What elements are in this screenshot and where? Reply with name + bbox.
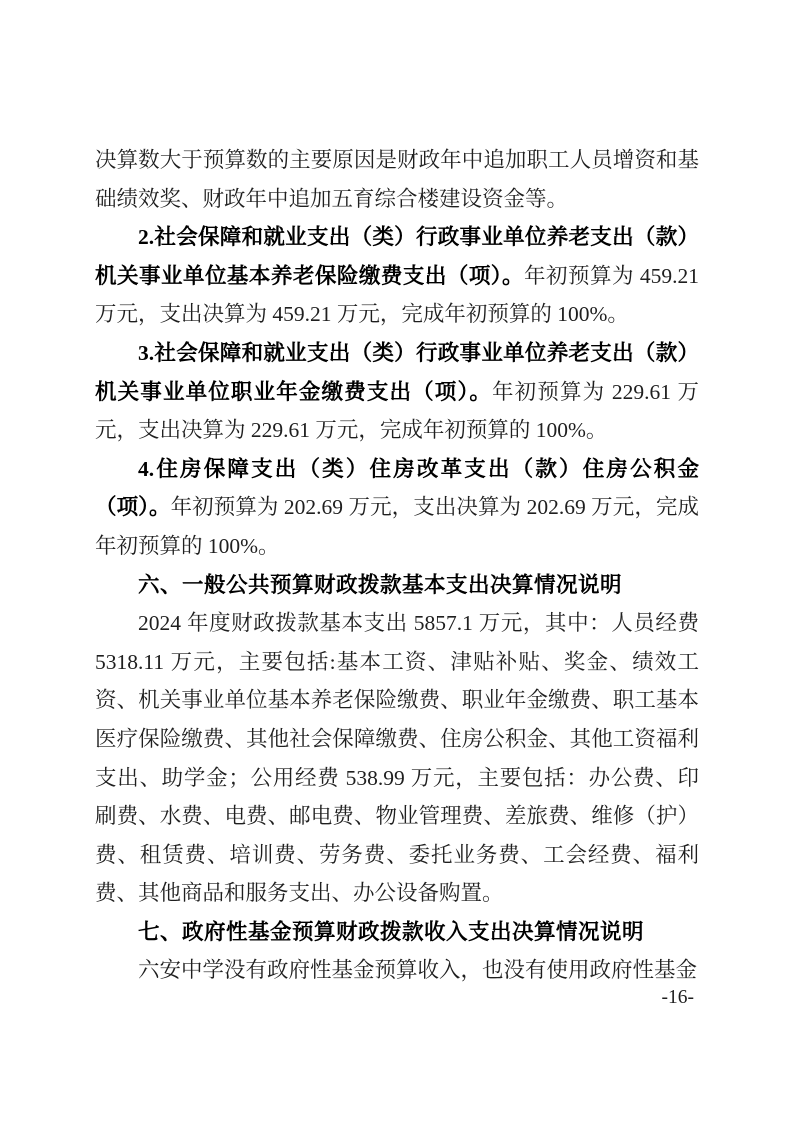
section-heading-6: 六、一般公共预算财政拨款基本支出决算情况说明 <box>95 566 699 605</box>
heading-text: 七、政府性基金预算财政拨款收入支出决算情况说明 <box>138 920 644 944</box>
page-body: 决算数大于预算数的主要原因是财政年中追加职工人员增资和基础绩效奖、财政年中追加五… <box>95 141 699 990</box>
text-segment: 2024 年度财政拨款基本支出 5857.1 万元，其中：人员经费 5318.1… <box>95 611 699 905</box>
section-heading-7: 七、政府性基金预算财政拨款收入支出决算情况说明 <box>95 913 699 952</box>
paragraph-basic-expenditure: 2024 年度财政拨款基本支出 5857.1 万元，其中：人员经费 5318.1… <box>95 604 699 913</box>
page-number: -16- <box>662 986 695 1010</box>
heading-text: 六、一般公共预算财政拨款基本支出决算情况说明 <box>138 573 622 597</box>
text-segment: 年初预算为 202.69 万元，支出决算为 202.69 万元，完成年初预算的 … <box>95 495 699 558</box>
paragraph-item-4: 4.住房保障支出（类）住房改革支出（款）住房公积金（项）。年初预算为 202.6… <box>95 450 699 566</box>
paragraph-continuation: 决算数大于预算数的主要原因是财政年中追加职工人员增资和基础绩效奖、财政年中追加五… <box>95 141 699 218</box>
document-page: { "page": { "paragraphs": [ { "segments"… <box>0 0 793 1122</box>
text-segment: 决算数大于预算数的主要原因是财政年中追加职工人员增资和基础绩效奖、财政年中追加五… <box>95 148 699 211</box>
text-segment: 六安中学没有政府性基金预算收入，也没有使用政府性基金 <box>138 958 697 982</box>
paragraph-item-3: 3.社会保障和就业支出（类）行政事业单位养老支出（款）机关事业单位职业年金缴费支… <box>95 334 699 450</box>
paragraph-item-2: 2.社会保障和就业支出（类）行政事业单位养老支出（款）机关事业单位基本养老保险缴… <box>95 218 699 334</box>
paragraph-gov-fund: 六安中学没有政府性基金预算收入，也没有使用政府性基金 <box>95 951 699 990</box>
